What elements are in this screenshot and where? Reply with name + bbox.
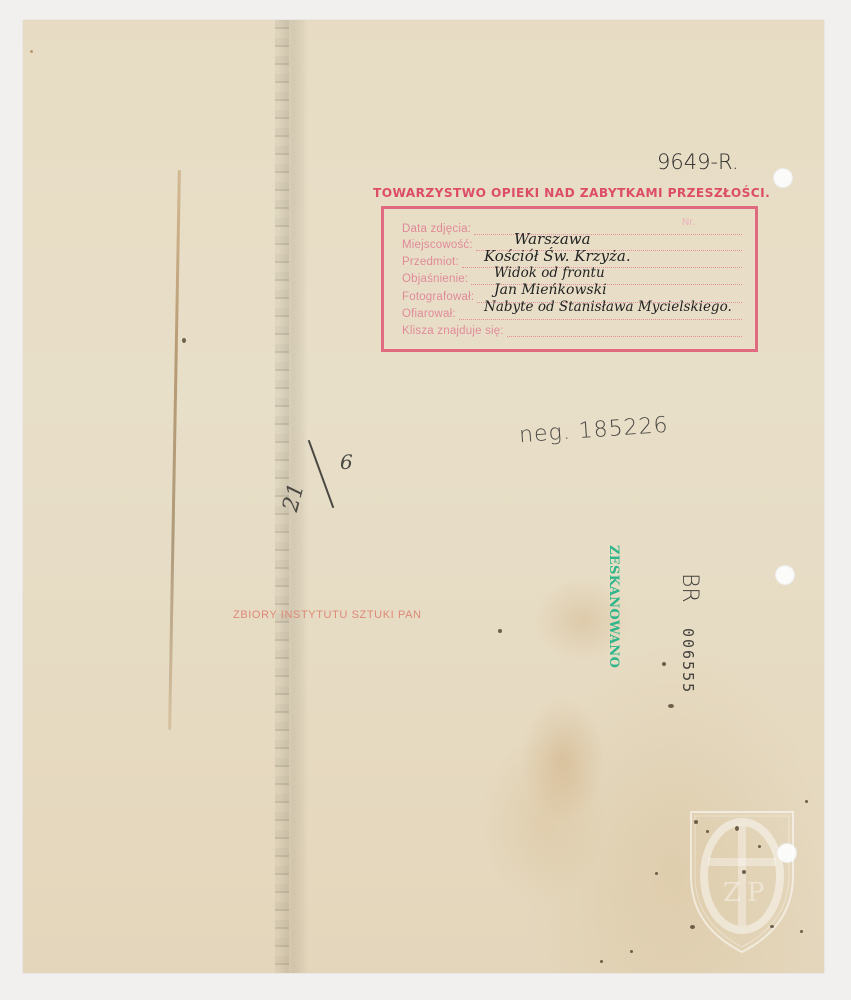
catalog-number: 9649-R. — [657, 150, 739, 174]
svg-text:Z: Z — [723, 878, 741, 908]
stamp-label-negative: Klisza znajduje się: — [402, 325, 504, 337]
fraction-denominator: 6 — [340, 450, 353, 474]
institute-shield-watermark-icon: Z P — [683, 806, 801, 956]
stamp-value-subject: Kościół Św. Krzyża. — [484, 247, 631, 265]
br-number: 006555 — [679, 628, 697, 694]
society-stamp-box: Nr. Data zdjęcia: Miejscowość: Przedmiot… — [381, 206, 758, 352]
society-stamp-title: TOWARZYSTWO OPIEKI NAD ZABYTKAMI PRZESZŁ… — [373, 186, 770, 200]
stamp-label-place: Miejscowość: — [402, 239, 473, 251]
scanned-stamp: ZESKANOWANO — [606, 545, 621, 668]
stamp-value-place: Warszawa — [514, 230, 591, 248]
stamp-value-donor: Nabyte od Stanisława Mycielskiego. — [484, 299, 732, 315]
stamp-value-photographer: Jan Mieńkowski — [494, 282, 607, 298]
stamp-label-subject: Przedmiot: — [402, 256, 459, 268]
br-prefix: BR — [677, 573, 702, 603]
stamp-row-negative: Klisza znajduje się: — [402, 321, 742, 337]
svg-text:P: P — [747, 878, 765, 908]
paper-crack — [168, 170, 181, 730]
stamp-label-description: Objaśnienie: — [402, 273, 468, 285]
punch-hole-top — [773, 168, 793, 188]
institute-collection-stamp: ZBIORY INSTYTUTU SZTUKI PAN — [233, 609, 422, 621]
stamp-label-photographer: Fotografował: — [402, 291, 474, 303]
stamp-value-description: Widok od frontu — [494, 265, 605, 281]
stamp-label-date: Data zdjęcia: — [402, 223, 471, 235]
punch-hole-middle — [775, 565, 795, 585]
stamp-label-donor: Ofiarował: — [402, 308, 456, 320]
